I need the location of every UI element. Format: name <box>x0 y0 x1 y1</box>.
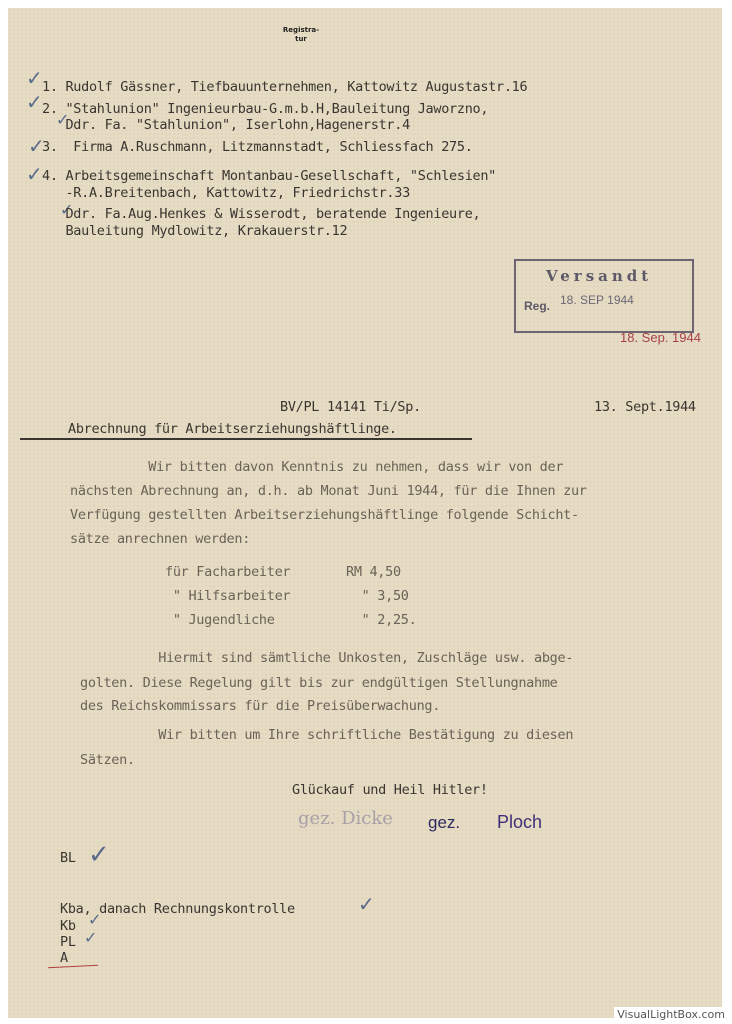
letter-date: 13. Sept.1944 <box>594 399 696 415</box>
recipient-line: Bauleitung Mydlowitz, Krakauerstr.12 <box>42 223 347 239</box>
body-line: des Reichskommissars für die Preisüberwa… <box>80 698 440 714</box>
recipient-line: Ddr. Fa. "Stahlunion", Iserlohn,Hageners… <box>42 117 410 133</box>
signature-dicke: gez. Dicke <box>298 808 393 829</box>
subject-line: Abrechnung für Arbeitserziehungshäftling… <box>68 421 397 437</box>
signature-prefix: gez. <box>428 813 460 833</box>
routing-kb: Kb <box>60 918 76 934</box>
check-icon: ✓ <box>88 840 110 870</box>
body-line: Wir bitten um Ihre schriftliche Bestätig… <box>80 727 573 743</box>
check-icon: ✓ <box>26 66 43 90</box>
rate-label: " Hilfsarbeiter <box>165 588 290 604</box>
watermark: VisualLightBox.com <box>614 1007 728 1022</box>
check-icon: ✓ <box>84 928 97 947</box>
body-line: Hiermit sind sämtliche Unkosten, Zuschlä… <box>80 650 573 666</box>
registratur-header: Registra- tur <box>271 26 331 44</box>
recipient-line: -R.A.Breitenbach, Kattowitz, Friedrichst… <box>42 185 410 201</box>
versandt-stamp: Versandt 18. SEP 1944 Reg. <box>514 259 694 333</box>
rate-label: " Jugendliche <box>165 612 275 628</box>
check-icon: ✓ <box>88 910 101 929</box>
routing-bl: BL <box>60 850 76 866</box>
check-icon: ✓ <box>358 892 375 916</box>
recipient-line: Ddr. Fa.Aug.Henkes & Wisserodt, beratend… <box>42 206 480 222</box>
check-icon: ✓ <box>26 162 43 186</box>
routing-pl: PL <box>60 934 76 950</box>
registratur-line1: Registra- <box>271 26 331 35</box>
red-date-stamp: 18. Sep. 1944 <box>620 330 701 345</box>
recipient-line: 3. Firma A.Ruschmann, Litzmannstadt, Sch… <box>42 139 473 155</box>
body-line: sätze anrechnen werden: <box>70 531 250 547</box>
stamp-reg: Reg. <box>524 299 550 313</box>
body-line: Sätzen. <box>80 752 135 768</box>
routing-a: A <box>60 950 68 966</box>
rate-label: für Facharbeiter <box>165 564 290 580</box>
recipient-line: 2. "Stahlunion" Ingenieurbau-G.m.b.H,Bau… <box>42 101 488 117</box>
registratur-line2: tur <box>271 35 331 44</box>
body-line: Verfügung gestellten Arbeitserziehungshä… <box>70 507 579 523</box>
body-line: golten. Diese Regelung gilt bis zur endg… <box>80 675 558 691</box>
closing-salutation: Glückauf und Heil Hitler! <box>292 782 488 798</box>
reference-number: BV/PL 14141 Ti/Sp. <box>280 399 421 415</box>
rate-value: RM 4,50 <box>346 564 401 580</box>
stamp-title: Versandt <box>546 267 652 285</box>
body-line: Wir bitten davon Kenntnis zu nehmen, das… <box>70 459 563 475</box>
rate-value: " 2,25. <box>346 612 416 628</box>
signature-ploch: Ploch <box>497 812 542 833</box>
recipient-line: 1. Rudolf Gässner, Tiefbauunternehmen, K… <box>42 79 527 95</box>
subject-underline <box>20 438 472 440</box>
stamp-date: 18. SEP 1944 <box>560 293 634 307</box>
rate-value: " 3,50 <box>346 588 409 604</box>
check-icon: ✓ <box>26 90 43 114</box>
recipient-line: 4. Arbeitsgemeinschaft Montanbau-Gesells… <box>42 168 496 184</box>
body-line: nächsten Abrechnung an, d.h. ab Monat Ju… <box>70 483 587 499</box>
